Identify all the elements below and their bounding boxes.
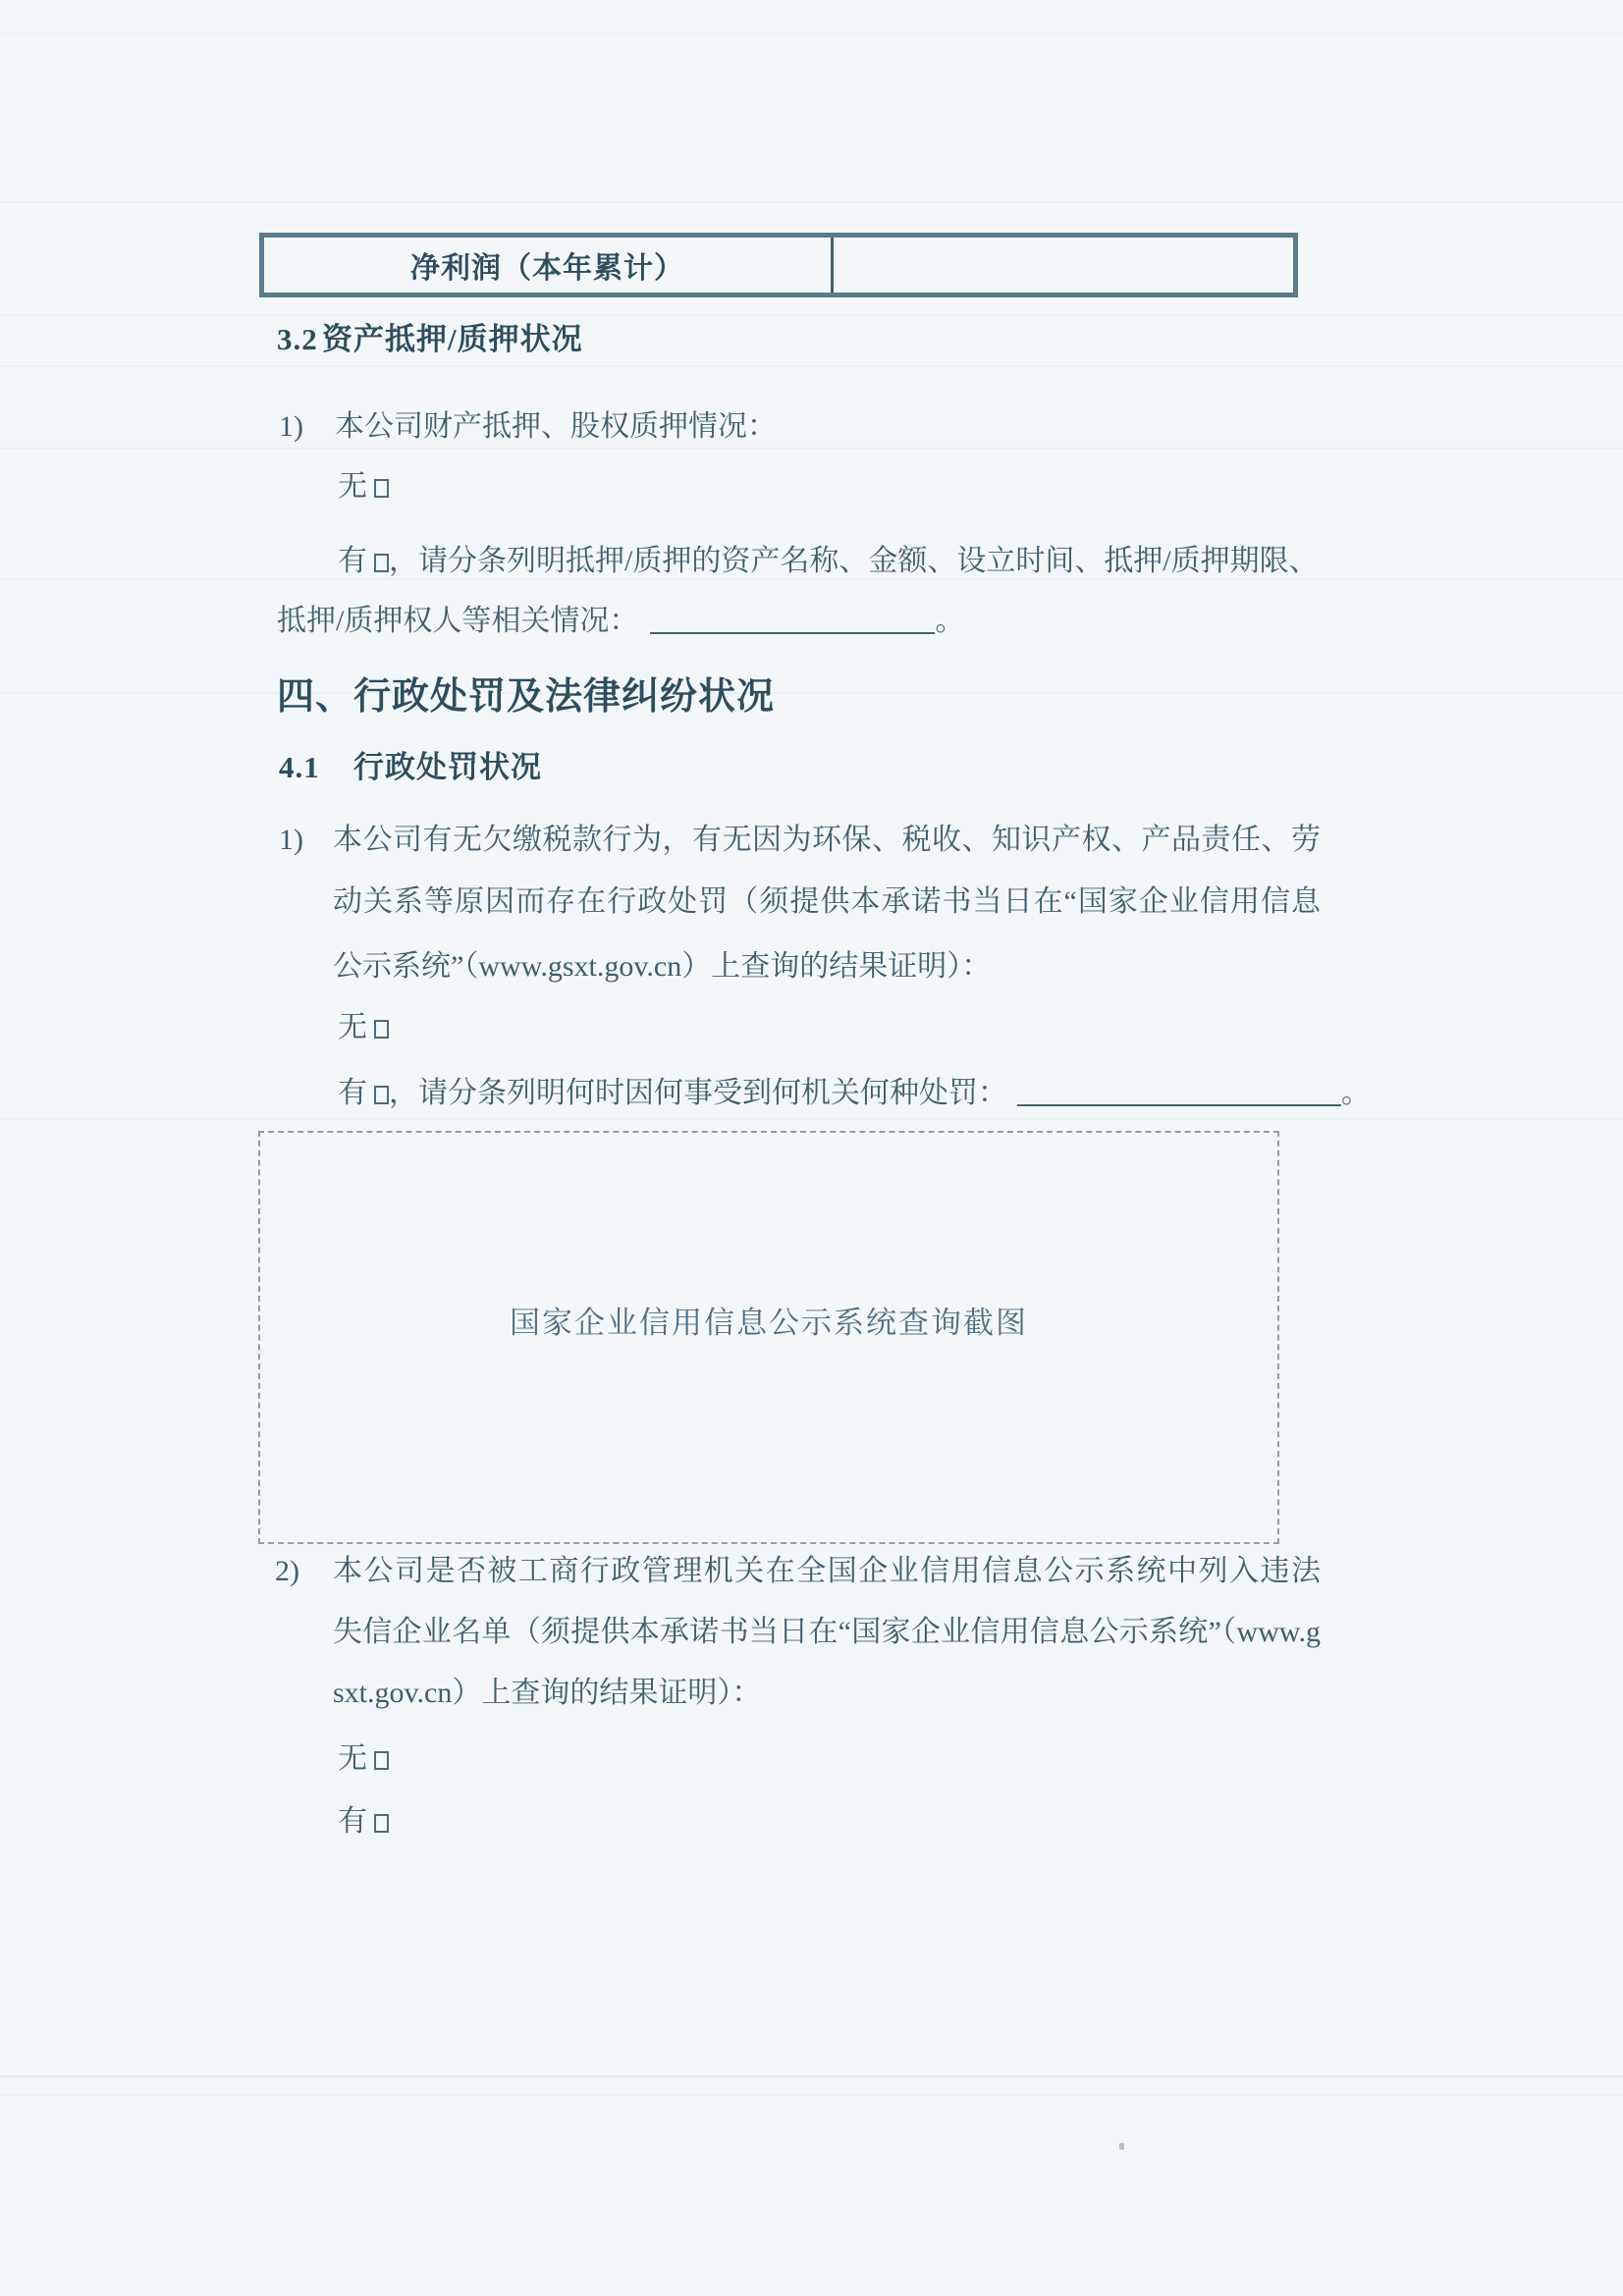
screenshot-placeholder-caption: 国家企业信用信息公示系统查询截图 bbox=[260, 1307, 1277, 1340]
line-3-2-continuation-period: 。 bbox=[935, 605, 964, 637]
item-4-1-2-number: 2) bbox=[275, 1552, 331, 1591]
option-yes-4-1-text: ，请分条列明何时因何事受到何机关何种处罚： bbox=[389, 1077, 1007, 1109]
checkbox-none-4-1[interactable] bbox=[374, 1020, 389, 1039]
checkbox-yes-4-1[interactable] bbox=[374, 1086, 389, 1104]
table-cell-net-profit-value bbox=[831, 238, 1293, 293]
screenshot-placeholder-box: 国家企业信用信息公示系统查询截图 bbox=[258, 1131, 1279, 1544]
option-none-3-2: 无 bbox=[338, 467, 389, 507]
scanned-document-page: 净利润（本年累计） 3.2资产抵押/质押状况 1)本公司财产抵押、股权质押情况：… bbox=[0, 0, 1623, 2296]
option-yes-4-1: 有，请分条列明何时因何事受到何机关何种处罚：。 bbox=[338, 1074, 1371, 1113]
item-4-1-1-line3: 公示系统”（www.gsxt.gov.cn）上查询的结果证明）： bbox=[333, 947, 1321, 987]
fill-in-blank-3-2[interactable] bbox=[650, 628, 935, 634]
item-3-2-1: 1)本公司财产抵押、股权质押情况： bbox=[279, 407, 777, 447]
option-yes-3-2-text: ，请分条列明抵押/质押的资产名称、金额、设立时间、抵押/质押期限、 bbox=[389, 545, 1319, 577]
line-3-2-continuation-text: 抵押/质押权人等相关情况： bbox=[277, 605, 638, 637]
option-yes-4-1-label: 有 bbox=[338, 1077, 367, 1109]
item-4-1-2-line3: sxt.gov.cn）上查询的结果证明）： bbox=[333, 1674, 1321, 1713]
item-4-1-1-line1: 本公司有无欠缴税款行为，有无因为环保、税收、知识产权、产品责任、劳 bbox=[333, 821, 1321, 860]
item-4-1-2-line1: 本公司是否被工商行政管理机关在全国企业信用信息公示系统中列入违法 bbox=[333, 1552, 1321, 1591]
option-yes-3-2-label: 有 bbox=[338, 545, 367, 577]
section-4-1-title: 行政处罚状况 bbox=[353, 750, 542, 784]
checkbox-none-3-2[interactable] bbox=[374, 479, 389, 498]
scan-band bbox=[0, 201, 1623, 203]
scan-band bbox=[0, 448, 1623, 450]
checkbox-none-4-1-2[interactable] bbox=[374, 1751, 389, 1770]
scan-band bbox=[0, 1118, 1623, 1120]
section-3-2-title: 资产抵押/质押状况 bbox=[322, 322, 583, 356]
option-yes-4-1-2-label: 有 bbox=[338, 1805, 367, 1838]
item-3-2-1-number: 1) bbox=[279, 407, 335, 447]
scan-band bbox=[0, 314, 1623, 316]
section-4-heading: 四、行政处罚及法律纠纷状况 bbox=[277, 672, 775, 721]
item-4-1-2-line2: 失信企业名单（须提供本承诺书当日在“国家企业信用信息公示系统”（www.g bbox=[333, 1613, 1321, 1652]
fill-in-blank-4-1[interactable] bbox=[1017, 1100, 1341, 1106]
scan-band bbox=[0, 32, 1623, 34]
option-none-4-1-2-label: 无 bbox=[338, 1742, 367, 1775]
option-yes-3-2: 有，请分条列明抵押/质押的资产名称、金额、设立时间、抵押/质押期限、 bbox=[338, 542, 1319, 581]
option-yes-4-1-period: 。 bbox=[1341, 1077, 1371, 1109]
financial-table-fragment: 净利润（本年累计） bbox=[259, 233, 1298, 297]
scan-band bbox=[0, 365, 1623, 367]
table-cell-net-profit: 净利润（本年累计） bbox=[264, 238, 831, 293]
item-4-1-1-line2: 动关系等原因而存在行政处罚（须提供本承诺书当日在“国家企业信用信息 bbox=[333, 882, 1321, 922]
option-none-4-1: 无 bbox=[338, 1008, 389, 1047]
item-3-2-1-text: 本公司财产抵押、股权质押情况： bbox=[335, 410, 777, 443]
scan-band bbox=[0, 2094, 1623, 2096]
option-yes-4-1-2: 有 bbox=[338, 1802, 389, 1842]
item-4-1-1-number: 1) bbox=[279, 821, 335, 860]
checkbox-yes-4-1-2[interactable] bbox=[374, 1814, 389, 1833]
option-none-3-2-label: 无 bbox=[338, 470, 367, 503]
line-3-2-continuation: 抵押/质押权人等相关情况：。 bbox=[277, 602, 964, 641]
scan-band bbox=[0, 2075, 1623, 2078]
checkbox-yes-3-2[interactable] bbox=[374, 554, 389, 572]
section-4-1-heading: 4.1行政处罚状况 bbox=[279, 748, 542, 787]
option-none-4-1-label: 无 bbox=[338, 1011, 367, 1043]
section-3-2-heading: 3.2资产抵押/质押状况 bbox=[277, 320, 583, 359]
section-4-1-number: 4.1 bbox=[279, 748, 353, 787]
option-none-4-1-2: 无 bbox=[338, 1739, 389, 1779]
item-4-1-2-number-row: 2) bbox=[275, 1552, 331, 1591]
item-4-1-1-number-row: 1) bbox=[279, 821, 335, 860]
scan-band bbox=[0, 692, 1623, 694]
scan-speck bbox=[1119, 2143, 1124, 2150]
section-3-2-number: 3.2 bbox=[277, 320, 322, 359]
